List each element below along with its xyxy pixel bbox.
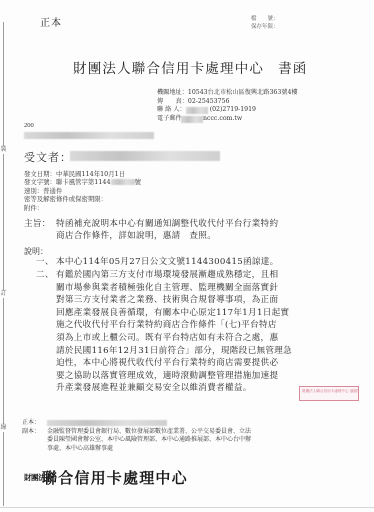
address-value: ：10543台北市松山區復興北路363號4樓 xyxy=(182,89,298,98)
footer-org-name: 聯合信用卡處理中心 xyxy=(42,467,188,488)
email-label: 電子郵件 xyxy=(157,115,179,124)
item-number: 一、 xyxy=(36,256,56,269)
redacted-recipient-address xyxy=(24,132,154,139)
copy-line: 委員陳瑩國會辦公室、本中心風險管理部、本中心通路推展部、本中心台中辦 xyxy=(22,436,251,445)
zip-code: 200 xyxy=(24,122,34,129)
org-name: 財團法人聯合信用卡處理中心 xyxy=(73,61,264,77)
address-row: 機關地址：10543台北市松山區復興北路363號4樓 xyxy=(157,89,298,98)
fax-label: 傳 真 xyxy=(157,98,182,107)
subject-block: 主旨：特函補充說明本中心有關通知調整代收代付平台行業特約 商店合作條件，詳如說明… xyxy=(24,218,278,242)
dispatch-meta: 發文日期：中華民國114年10月1日 發文字號：聯卡風管字第1144號 速別：普… xyxy=(24,170,141,212)
redacted-reference xyxy=(111,179,135,185)
item-line: 迫性，本中心將視代收代付平台行業特約商店需要提供必 xyxy=(36,357,292,370)
document-page: 裝 訂 線 正本 檔 號： 保存年限： 財團法人聯合信用卡處理中心書函 機關地址… xyxy=(0,0,374,512)
binding-line xyxy=(3,22,4,506)
item-line: 升產業發展進程並兼顧交易安全以維消費者權益。 xyxy=(36,382,292,395)
copy-recipients: 副本：金融監督管理委員會銀行局、數位發展部數位產業署、公平交易委員會、立法 xyxy=(22,428,251,437)
explanation-item-2: 二、有鑑於國內第三方支付市場環境發展漸趨成熟穩定，且相 關市場參與業者積極強化自… xyxy=(36,269,292,395)
original-recipients: 正本： xyxy=(22,419,251,428)
page-bottom-edge xyxy=(0,507,374,508)
reference-prefix: 發文字號：聯卡風管字第1144 xyxy=(24,178,111,186)
item-line: 要之協助以落實管理成效，適時滾動調整管理措施加速提 xyxy=(36,370,292,383)
file-number-label: 檔 號： xyxy=(251,15,279,23)
classification: 密等及解密條件或保密期限： xyxy=(24,195,141,203)
distribution-block: 正本： 副本：金融監督管理委員會銀行局、數位發展部數位產業署、公平交易委員會、立… xyxy=(22,419,251,453)
item-number: 二、 xyxy=(36,269,56,282)
item-line: 對第三方支付業者之業務、技術與合規督導事項，為正面 xyxy=(36,294,292,307)
subject-line-1: 特函補充說明本中心有關通知調整代收代付平台行業特約 xyxy=(56,219,278,229)
contact-block: 機關地址：10543台北市松山區復興北路363號4樓 傳 真：02-254537… xyxy=(157,89,298,123)
retention-label: 保存年限： xyxy=(251,23,279,31)
address-label: 機關地址 xyxy=(157,89,182,98)
contact-person-row: 聯 絡 人： (02)2719-1919 xyxy=(157,106,298,115)
footer-org-prefix: 財團法人 xyxy=(24,474,42,482)
document-title: 財團法人聯合信用卡處理中心書函 xyxy=(73,57,308,77)
fax-value: ：02-25453756 xyxy=(182,98,230,107)
reference-number: 發文字號：聯卡風管字第1144號 xyxy=(24,178,141,186)
official-seal: 財團法人聯合信用卡處理中心 風險管理部 xyxy=(299,386,359,401)
copy-line: 金融監督管理委員會銀行局、數位發展部數位產業署、公平交易委員會、立法 xyxy=(47,428,251,435)
item-line: 本中心114年05月27日公文文號1144300415函諒達。 xyxy=(56,257,279,267)
subject-label: 主旨： xyxy=(24,218,56,230)
binding-mark-middle: 訂 xyxy=(0,290,7,298)
binding-mark-top: 裝 xyxy=(0,146,7,154)
file-meta: 檔 號： 保存年限： xyxy=(251,15,279,31)
attachment: 附件： xyxy=(24,204,141,212)
fax-row: 傳 真：02-25453756 xyxy=(157,98,298,107)
item-line: 回應產業發展良善循環，有關本中心原定117年1月1日起實 xyxy=(36,307,292,320)
recipient-label: 受文者： xyxy=(24,149,72,165)
copy-type-label: 正本 xyxy=(40,14,62,29)
footer-org-signature: 財團法人 聯合信用卡處理中心 xyxy=(24,467,188,488)
copy-label: 副本： xyxy=(22,428,47,437)
explanation-item-1: 一、本中心114年05月27日公文文號1144300415函諒達。 xyxy=(36,256,279,269)
contact-label: 聯 絡 人： xyxy=(157,106,186,115)
redacted-contact-name xyxy=(186,107,208,114)
copy-line: 事處、本中心高雄辦事處 xyxy=(22,445,251,454)
item-line: 有鑑於國內第三方支付市場環境發展漸趨成熟穩定，且相 xyxy=(56,270,278,280)
subject-line-2: 商店合作條件，詳如說明，惠請 查照。 xyxy=(24,230,278,242)
item-line: 關市場參與業者積極強化自主管理、監理機關全面落實針 xyxy=(36,282,292,295)
item-line: 施之代收代付平台行業特約商店合作條件「(七)平台特店 xyxy=(36,319,292,332)
binding-mark-bottom: 線 xyxy=(0,424,7,432)
email-row: 電子郵件 nccc.com.tw xyxy=(157,115,298,124)
speed-class: 速別：普通件 xyxy=(24,187,141,195)
redacted-email-user xyxy=(181,116,203,123)
doc-type: 書函 xyxy=(278,61,307,77)
item-line: 請於民國116年12月31日前符合」部分，現階段已無管理急 xyxy=(36,345,292,358)
reference-suffix: 號 xyxy=(135,178,141,186)
phone-value: (02)2719-1919 xyxy=(210,106,256,115)
email-domain: nccc.com.tw xyxy=(203,115,242,124)
item-line: 須為上市或上櫃公司。既有平台特店如有未符合之處，惠 xyxy=(36,332,292,345)
redacted-recipient-name xyxy=(70,151,220,161)
redacted-original-recipient xyxy=(47,420,167,426)
original-label: 正本： xyxy=(22,419,47,428)
